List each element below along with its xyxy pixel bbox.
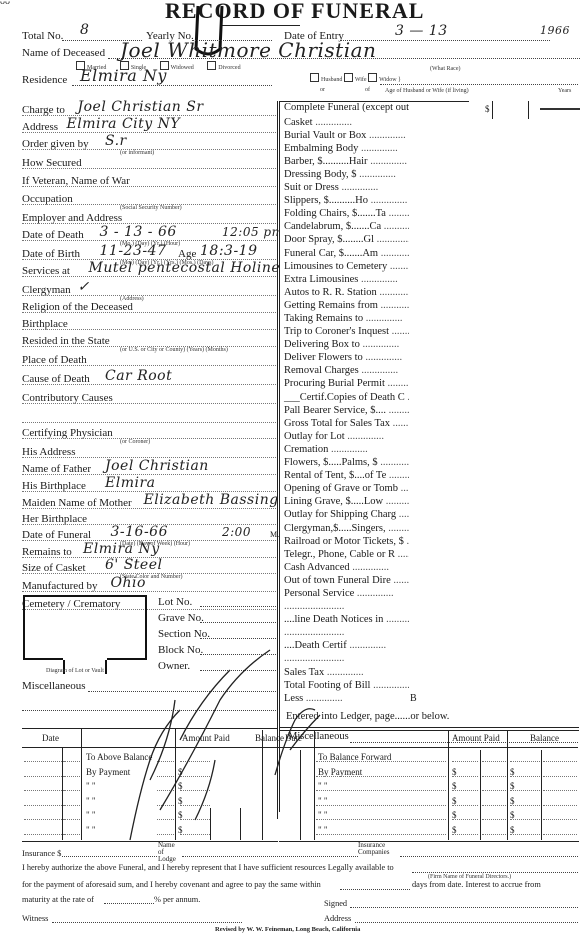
field-line[interactable] bbox=[22, 384, 276, 385]
field-line[interactable] bbox=[22, 329, 276, 330]
field-value: Ohio bbox=[111, 575, 146, 591]
ledger-currency: $ bbox=[510, 825, 515, 835]
ledger-cell-line[interactable] bbox=[510, 761, 540, 762]
amount-col-1 bbox=[492, 101, 493, 119]
charge-item[interactable]: Opening of Grave or Tomb .............. bbox=[280, 482, 409, 495]
ledger-vline bbox=[541, 750, 542, 840]
lot-field-line[interactable] bbox=[200, 638, 276, 639]
ledger-cell-line[interactable] bbox=[543, 834, 577, 835]
lot-field-label: Lot No. bbox=[158, 596, 192, 608]
insurance-label: Insurance $ bbox=[22, 848, 61, 858]
charge-item[interactable]: ....................... bbox=[280, 600, 409, 613]
charge-item[interactable]: Personal Service .............. bbox=[280, 587, 409, 600]
charge-items: Casket ..............Burial Vault or Box… bbox=[280, 116, 408, 705]
charge-item[interactable]: ....line Death Notices in .............. bbox=[280, 613, 409, 626]
field-line[interactable] bbox=[22, 186, 276, 187]
charge-item[interactable]: Pall Bearer Service, $.... .............… bbox=[280, 404, 409, 417]
age-value: 18:3-19 bbox=[200, 243, 257, 259]
husband-label: Husband bbox=[321, 77, 342, 83]
ledger-cell-line[interactable] bbox=[482, 776, 506, 777]
days-line bbox=[340, 889, 410, 890]
ledger-left-row: " " bbox=[86, 781, 96, 791]
maturity-label: maturity at the rate of bbox=[22, 895, 94, 904]
ledger-cell-line[interactable] bbox=[64, 805, 80, 806]
charge-item[interactable]: Procuring Burial Permit .............. bbox=[280, 377, 409, 390]
divorced-label: Divorced bbox=[218, 65, 240, 71]
lot-field-line[interactable] bbox=[200, 622, 276, 623]
field-value-secondary: 12:05 pm bbox=[222, 225, 283, 239]
field-value: Joel Christian bbox=[105, 458, 209, 474]
field-caption: (Social Security Number) bbox=[120, 205, 182, 212]
lot-field-line[interactable] bbox=[200, 606, 276, 607]
charge-item[interactable]: Door Spray, $........Gl .............. bbox=[280, 233, 409, 246]
ledger-left-date-header: Date bbox=[42, 733, 59, 743]
ledger-vline bbox=[448, 730, 449, 840]
ledger-cell-line[interactable] bbox=[543, 805, 577, 806]
field-line[interactable] bbox=[22, 591, 276, 592]
charge-item[interactable]: Dressing Body, $ .............. bbox=[280, 168, 409, 181]
charge-item[interactable]: Barber, $..........Hair .............. bbox=[280, 155, 409, 168]
charge-item[interactable]: Extra Limousines .............. bbox=[280, 273, 409, 286]
signature-scribble-2-icon bbox=[270, 700, 330, 780]
charge-item[interactable]: Deliver Flowers to .............. bbox=[280, 351, 409, 364]
widow-checkbox[interactable] bbox=[368, 73, 377, 82]
charge-item[interactable]: Cremation .............. bbox=[280, 443, 409, 456]
ledger-currency: $ bbox=[452, 825, 457, 835]
witness-line[interactable] bbox=[52, 922, 242, 923]
field-line[interactable] bbox=[22, 312, 276, 313]
witness-label: Witness bbox=[22, 914, 48, 923]
ledger-vline bbox=[507, 730, 508, 840]
ledger-cell-line[interactable] bbox=[64, 761, 80, 762]
lot-diagram-caption: Diagram of Lot or Vault bbox=[46, 668, 104, 675]
divorced-checkbox[interactable] bbox=[207, 61, 216, 70]
field-value: Joel Christian Sr bbox=[78, 99, 204, 115]
name-of-deceased-label: Name of Deceased bbox=[22, 47, 105, 59]
charge-item[interactable]: Outlay for Lot .............. bbox=[280, 430, 409, 443]
ledger-currency: $ bbox=[510, 781, 515, 791]
companies-line bbox=[400, 856, 578, 857]
ledger-cell-line[interactable] bbox=[482, 790, 506, 791]
field-caption: (or informant) bbox=[120, 150, 154, 157]
charge-item[interactable]: Removal Charges .............. bbox=[280, 364, 409, 377]
ledger-cell-line[interactable] bbox=[482, 819, 506, 820]
ledger-cell-line[interactable] bbox=[543, 819, 577, 820]
charge-item[interactable]: Suit or Dress .............. bbox=[280, 181, 409, 194]
authorize-text: I hereby authorize the above Funeral, an… bbox=[22, 863, 394, 872]
ledger-currency: $ bbox=[452, 810, 457, 820]
ledger-cell-line[interactable] bbox=[64, 819, 80, 820]
signed-line[interactable] bbox=[350, 907, 578, 908]
ledger-left-row: " " bbox=[86, 810, 96, 820]
field-caption: (or Coroner) bbox=[120, 439, 150, 446]
field-line[interactable] bbox=[22, 276, 276, 277]
charge-item[interactable]: ___Certif.Copies of Death C ............… bbox=[280, 391, 409, 404]
ledger-currency: $ bbox=[452, 796, 457, 806]
ledger-cell-line[interactable] bbox=[64, 834, 80, 835]
payment-text: for the payment of aforesaid sum, and I … bbox=[22, 880, 321, 889]
by-label: B bbox=[410, 693, 417, 705]
charge-item[interactable]: ....................... bbox=[280, 626, 409, 639]
field-value: 6' Steel bbox=[105, 557, 162, 573]
ledger-currency: $ bbox=[510, 796, 515, 806]
age-label: Age bbox=[178, 248, 196, 260]
name-of-deceased-value: Joel Whitmore Christian bbox=[120, 38, 376, 62]
rate-line bbox=[104, 903, 154, 904]
charge-item[interactable]: Slippers, $..........Ho .............. bbox=[280, 194, 409, 207]
field-value: 3 - 13 - 66 bbox=[100, 224, 177, 240]
field-line[interactable] bbox=[22, 508, 276, 509]
field-line[interactable] bbox=[22, 422, 276, 423]
residence-label: Residence bbox=[22, 74, 67, 86]
ledger-cell-line[interactable] bbox=[64, 790, 80, 791]
charges-top-rule bbox=[279, 101, 469, 102]
per-annum-label: % per annum. bbox=[154, 895, 200, 904]
charge-item[interactable]: Autos to R. R. Station .............. bbox=[280, 286, 409, 299]
ledger-cell-line[interactable] bbox=[543, 790, 577, 791]
charge-item[interactable]: Outlay for Shipping Charg .............. bbox=[280, 508, 409, 521]
widow-label: Widow bbox=[379, 77, 396, 83]
spouse-of: of bbox=[365, 87, 370, 94]
charge-item[interactable]: Railroad or Motor Tickets, $ ...........… bbox=[280, 535, 409, 548]
ledger-cell-line[interactable] bbox=[543, 776, 577, 777]
ledger-currency: $ bbox=[452, 781, 457, 791]
charge-item[interactable]: Out of town Funeral Dire .............. bbox=[280, 574, 409, 587]
charge-item[interactable]: Casket .............. bbox=[280, 116, 409, 129]
corner-mark: ᴗᴗ bbox=[0, 0, 10, 7]
ledger-cell-line[interactable] bbox=[452, 761, 478, 762]
charges-currency: $ bbox=[485, 103, 490, 115]
field-value: ✓ bbox=[78, 279, 90, 295]
wife-label: Wife bbox=[355, 77, 367, 83]
charge-item[interactable]: Clergyman,$.....Singers, .............. bbox=[280, 522, 409, 535]
residence-value: Elmira Ny bbox=[80, 66, 167, 85]
field-line[interactable] bbox=[22, 295, 276, 296]
ledger-right-amount-header: Amount Paid bbox=[452, 733, 500, 743]
charge-item[interactable]: Burial Vault or Box .............. bbox=[280, 129, 409, 142]
field-line[interactable] bbox=[22, 168, 276, 169]
charge-item[interactable]: Funeral Car, $.......Am .............. bbox=[280, 247, 409, 260]
amount-col-2 bbox=[528, 101, 529, 119]
total-no-value: 8 bbox=[80, 22, 89, 38]
widowed-label: Widowed bbox=[171, 65, 194, 71]
date-of-entry-year: 1966 bbox=[540, 24, 570, 37]
ledger-cell-line[interactable] bbox=[482, 761, 506, 762]
residence-line bbox=[72, 85, 272, 86]
field-value: 3-16-66 bbox=[111, 524, 169, 540]
address-line bbox=[355, 922, 578, 923]
ledger-left-row: " " bbox=[86, 796, 96, 806]
charge-item[interactable]: Embalming Body .............. bbox=[280, 142, 409, 155]
field-value: Car Root bbox=[105, 368, 172, 384]
spouse-options: Husband Wife Widow } bbox=[310, 73, 401, 84]
ledger-currency: $ bbox=[510, 810, 515, 820]
field-value: S.r bbox=[105, 133, 127, 149]
ledger-currency: $ bbox=[452, 767, 457, 777]
years-caption: Years bbox=[558, 88, 571, 95]
days-text: days from date. Interest to accrue from bbox=[412, 880, 541, 889]
revised-credit: Revised by W. W. Feineman, Long Beach, C… bbox=[215, 926, 360, 933]
ledger-cell-line[interactable] bbox=[64, 776, 80, 777]
wife-checkbox[interactable] bbox=[344, 73, 353, 82]
charge-item[interactable]: Limousines to Cemetery .............. bbox=[280, 260, 409, 273]
field-caption: (or U.S. or City or County) (Years) (Mon… bbox=[120, 347, 228, 354]
husband-checkbox[interactable] bbox=[310, 73, 319, 82]
charge-item[interactable]: Getting Remains from .............. bbox=[280, 299, 409, 312]
ledger-currency: $ bbox=[510, 767, 515, 777]
address-label: Address bbox=[324, 914, 351, 923]
spouse-line bbox=[380, 84, 578, 85]
charge-item[interactable]: Telegr., Phone, Cable or R .............… bbox=[280, 548, 409, 561]
companies-label: Insurance Companies bbox=[358, 842, 403, 856]
field-line[interactable] bbox=[22, 403, 276, 404]
field-line[interactable] bbox=[22, 132, 276, 133]
charge-item[interactable]: Taking Remains to .............. bbox=[280, 312, 409, 325]
spouse-or: or bbox=[320, 87, 325, 94]
field-value: Elmira Ny bbox=[83, 541, 160, 557]
charge-item[interactable]: Trip to Coroner's Inquest .............. bbox=[280, 325, 409, 338]
field-line[interactable] bbox=[22, 365, 276, 366]
what-race-caption: (What Race) bbox=[430, 66, 460, 73]
field-value-secondary: 2:00 bbox=[222, 525, 251, 539]
charges-header: Complete Funeral (except outlays) bbox=[280, 100, 409, 116]
spouse-age-caption: Age of Husband or Wife (if living) bbox=[385, 88, 469, 95]
ledger-cell-line[interactable] bbox=[543, 761, 577, 762]
ledger-cell-line[interactable] bbox=[482, 805, 506, 806]
ledger-right-balance-header: Balance bbox=[530, 733, 559, 743]
signed-label: Signed bbox=[324, 899, 347, 908]
total-no-label: Total No. bbox=[22, 30, 63, 42]
charge-item[interactable]: Folding Chairs, $.......Ta .............… bbox=[280, 207, 409, 220]
field-value: 11-23-47 bbox=[100, 243, 167, 259]
charge-item[interactable]: Gross Total for Sales Tax .............. bbox=[280, 417, 409, 430]
field-value: Elmira City NY bbox=[67, 116, 181, 132]
charge-item[interactable]: Delivering Box to .............. bbox=[280, 338, 409, 351]
charge-item[interactable]: Rental of Tent, $....of Te .............… bbox=[280, 469, 409, 482]
ledger-vline bbox=[81, 728, 82, 840]
miscellaneous-label: Miscellaneous bbox=[22, 680, 86, 692]
charge-item[interactable]: Cash Advanced .............. bbox=[280, 561, 409, 574]
firm-line bbox=[412, 872, 578, 873]
date-of-entry-value: 3 — 13 bbox=[395, 23, 448, 39]
charge-item[interactable]: Candelabrum, $.......Ca .............. bbox=[280, 220, 409, 233]
scan-mark bbox=[540, 108, 580, 110]
charge-item[interactable]: Lining Grave, $.....Low .............. bbox=[280, 495, 409, 508]
field-value: Elmira bbox=[105, 475, 156, 491]
title-underline bbox=[220, 25, 300, 26]
charge-item[interactable]: Flowers, $.....Palms, $ .............. bbox=[280, 456, 409, 469]
ledger-vline bbox=[480, 750, 481, 840]
lot-field-label: Grave No. bbox=[158, 612, 204, 624]
ledger-left-row: " " bbox=[86, 825, 96, 835]
ledger-cell-line[interactable] bbox=[482, 834, 506, 835]
